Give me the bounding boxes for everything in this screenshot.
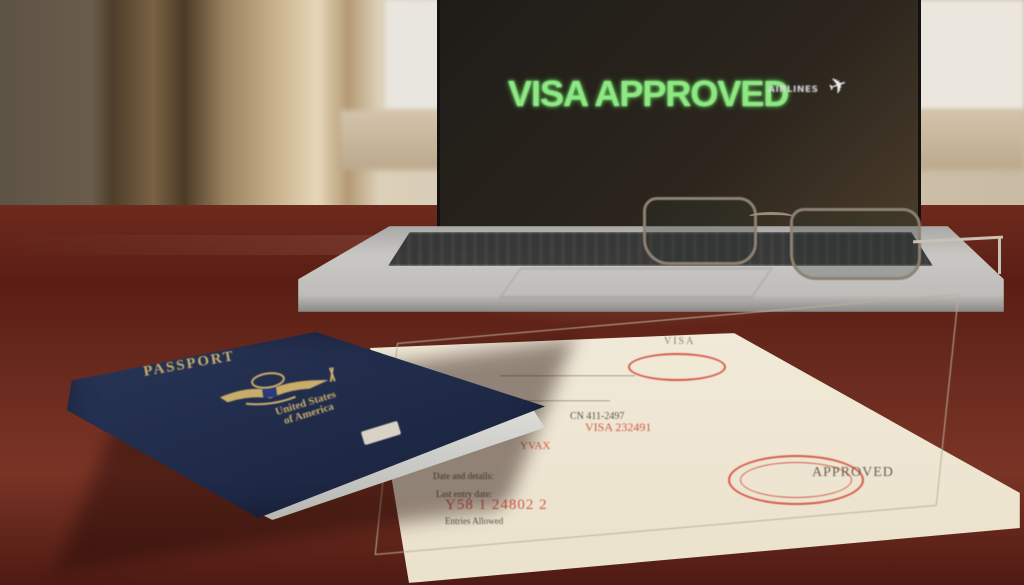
visa-header: VISA [664, 336, 695, 347]
glasses-left-lens [643, 197, 757, 265]
airline-brand: AIRLINES [768, 85, 819, 95]
visa-approved-message: VISA APPROVED [508, 73, 788, 115]
laptop-trackpad [499, 268, 772, 298]
visa-stamp-small [628, 353, 726, 381]
approval-stamp-text: APPROVED [812, 465, 894, 481]
visa-field-label: Entries Allowed [445, 516, 503, 526]
glasses-temple-tip [998, 238, 1001, 274]
visa-number-red: VISA 232491 [585, 420, 651, 435]
airplane-icon: ✈ [825, 72, 851, 102]
glasses-bridge [749, 212, 793, 221]
window-right [910, 0, 1024, 110]
glasses-right-lens [790, 208, 921, 280]
window [385, 0, 445, 110]
photo-scene: VISA APPROVED AIRLINES ✈ VISA ——————————… [0, 0, 1024, 585]
